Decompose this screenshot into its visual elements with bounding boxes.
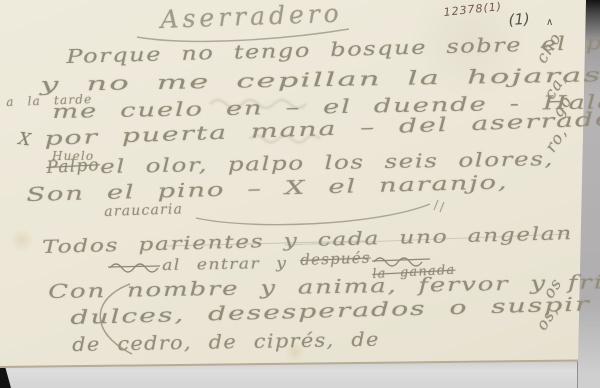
struck-word-palpo: Palpo [46, 155, 100, 178]
poem-line: al entrar y [162, 254, 287, 274]
page-number: (1) [508, 10, 530, 29]
scanned-manuscript: 12378(1) (1) ∧ Aserradero Porque no teng… [0, 0, 600, 388]
naranjo-underline-stroke [190, 196, 446, 230]
struck-word-despues: después [300, 249, 371, 269]
correction-araucaria: araucaria [104, 201, 183, 220]
struck-scribble [108, 260, 162, 274]
corner-mark: ∧ [546, 17, 553, 28]
margin-x-mark: X [17, 129, 33, 151]
